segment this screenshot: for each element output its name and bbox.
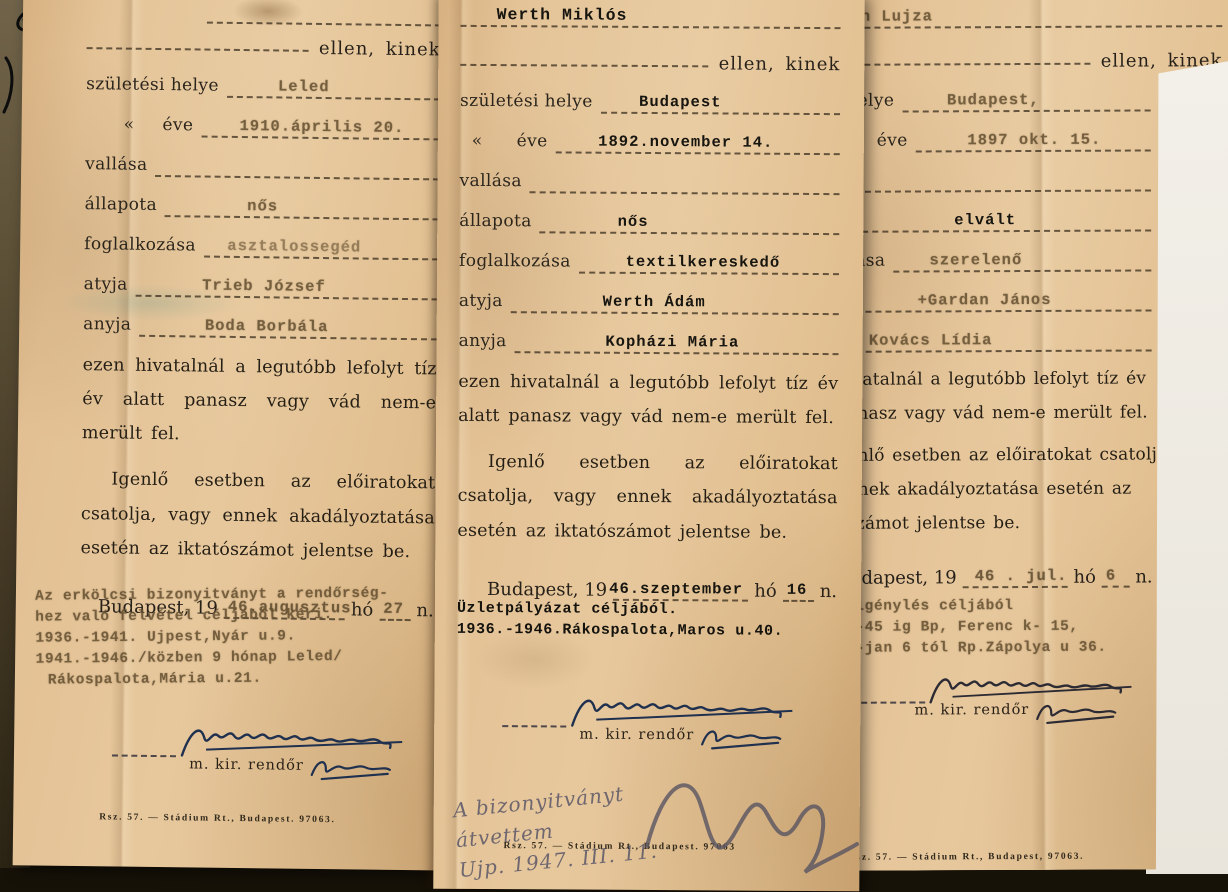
- dotted-line: Werth Miklós: [461, 0, 841, 29]
- printed-paragraph: ezen hivatalnál a legutóbb lefolyt tíz é…: [82, 348, 437, 455]
- field-label: anyja: [83, 314, 131, 337]
- ellen-kinek-row: ellen, kinek: [834, 27, 1222, 73]
- typed-month: 46 . jul.: [975, 567, 1068, 585]
- typed-value: Budapest: [639, 93, 722, 112]
- name-row: Werth Miklós: [461, 0, 841, 29]
- dotted-line: nős: [540, 205, 840, 235]
- printed-paragraph: Igenlő esetben az előiratokat csatolja, …: [80, 462, 435, 569]
- dotted-line: [834, 37, 1090, 66]
- dotted-line: [155, 149, 439, 180]
- field-label: foglalkozása: [84, 234, 196, 257]
- field-label: állapota: [85, 194, 158, 217]
- field-label: éve: [877, 131, 908, 153]
- printed-paragraph: Igenlő esetben az előiratokat csatolja, …: [457, 445, 838, 550]
- field-row-religion: vallása: [85, 136, 439, 180]
- field-label: foglalkozása: [459, 251, 571, 274]
- name-row: dán Lujza: [834, 0, 1222, 29]
- typed-value: + Kovács Lídia: [848, 331, 992, 350]
- field-row-birthyear: « éve 1910.április 20.: [86, 96, 440, 140]
- field-row-mother: anyja Boda Borbála: [83, 296, 437, 340]
- dotted-line: szerelenő: [893, 243, 1151, 272]
- typed-value: Trieb József: [202, 277, 326, 297]
- dotted-line: [87, 21, 310, 52]
- field-row-status: állapota nős: [459, 193, 839, 235]
- white-backing-sheet: [1146, 52, 1228, 874]
- typed-day: 6: [1106, 567, 1116, 585]
- printed-ellen-kinek: ellen, kinek: [719, 53, 841, 75]
- typed-value: asztalossegéd: [227, 237, 361, 257]
- dotted-line: nős: [165, 189, 439, 220]
- date-slot: 46 . jul.: [963, 562, 1068, 588]
- typed-value: Leled: [278, 77, 330, 96]
- signature-scrawl: [698, 724, 784, 755]
- date-slot: 6: [1102, 562, 1130, 588]
- dotted-line: [530, 165, 840, 195]
- dotted-line: [460, 38, 708, 68]
- dotted-line: [502, 713, 566, 727]
- printer-footer: Rsz. 57. — Stádium Rt., Budapest, 97063.: [848, 852, 1084, 863]
- field-row-father: atyja Werth Ádám: [459, 273, 839, 315]
- printed-officer-title: m. kir. rendőr: [579, 727, 694, 744]
- dotted-line: Boda Borbála: [139, 309, 437, 341]
- printed-paragraphs: hivatalnál a legutóbb lefolyt tíz év pan…: [836, 361, 1153, 540]
- dotted-line: + Kovács Lídia: [836, 323, 1152, 352]
- typed-day: 16: [787, 580, 808, 598]
- pencil-signature: [630, 758, 870, 888]
- printed-officer-title: m. kir. rendőr: [189, 756, 304, 773]
- field-row-father: atyja Trieb József: [84, 256, 438, 300]
- ellen-kinek-row: ellen, kinek: [460, 27, 840, 75]
- typed-purpose-note: Az erkölcsi bizonyitványt a rendőrség- h…: [35, 583, 434, 692]
- dotted-line: Budapest: [601, 86, 840, 115]
- dotted-line: Werth Ádám: [511, 285, 839, 315]
- typed-value: 1892.november 14.: [598, 133, 773, 152]
- dotted-line: textilkereskedő: [579, 246, 839, 276]
- typed-value: nős: [247, 197, 278, 215]
- printed-paragraph: ezen hivatalnál a legutóbb lefolyt tíz é…: [458, 365, 838, 436]
- dotted-line: [835, 163, 1151, 192]
- signature-scrawl: [308, 755, 394, 786]
- pencil-handwriting: A bizonyitványt átvettem Ujp. 1947. III.…: [452, 776, 659, 885]
- field-label: születési helye: [86, 74, 219, 98]
- ditto-mark: «: [472, 131, 483, 153]
- field-row-mother: + Kovács Lídia: [835, 311, 1151, 352]
- typed-value: 1897 okt. 15.: [967, 131, 1101, 150]
- printed-n: n.: [1135, 566, 1152, 587]
- printed-ho: hó: [754, 580, 777, 601]
- field-row-religion: [835, 151, 1151, 192]
- typed-value: Budapest,: [947, 91, 1040, 109]
- field-row-status: a elvált: [835, 191, 1151, 232]
- field-row-birthplace: születési helye Leled: [86, 56, 440, 100]
- dotted-line: elvált: [862, 203, 1152, 232]
- field-label: éve: [517, 131, 548, 153]
- date-line: Budapest, 19 46 . jul. hó 6 n.: [837, 561, 1153, 588]
- field-row-status: állapota nős: [85, 176, 439, 220]
- field-label: anyja: [459, 331, 507, 353]
- officer-title-row: m. kir. rendőr: [579, 726, 796, 745]
- typed-purpose-note: Üzletpályázat céljából. 1936.-1946.Rákos…: [457, 597, 837, 643]
- dotted-line: 1897 okt. 15.: [916, 123, 1151, 152]
- printer-footer: Rsz. 57. — Stádium Rt., Budapest. 97063.: [99, 812, 335, 825]
- typed-value: szerelenő: [930, 251, 1023, 269]
- typed-name: Werth Miklós: [497, 5, 628, 25]
- printed-ho: hó: [1073, 567, 1096, 588]
- dotted-line: 1910.április 20.: [201, 110, 440, 141]
- field-row-birthyear: éve 1897 okt. 15.: [835, 111, 1151, 152]
- typed-value: Boda Borbála: [205, 317, 329, 337]
- field-label: vallása: [460, 171, 523, 193]
- field-row-birthplace: i helye Budapest,: [834, 71, 1150, 112]
- dotted-line: [112, 742, 176, 757]
- typed-month: 46.szeptember: [609, 579, 743, 598]
- field-label: éve: [162, 115, 193, 137]
- document-left: ellen, kinek születési helye Leled « éve…: [13, 0, 466, 871]
- field-row-occupation: foglalkozása asztalossegéd: [84, 216, 438, 260]
- officer-title-row: m. kir. rendőr: [914, 701, 1135, 720]
- field-row-occupation: ozása szerelenő: [835, 231, 1151, 272]
- signature-block: m. kir. rendőr: [456, 685, 836, 745]
- field-row-occupation: foglalkozása textilkereskedő: [459, 233, 839, 275]
- dotted-line: Kopházi Mária: [515, 325, 839, 355]
- photographed-documents: { "documents": { "left": { "ellen_kinek"…: [0, 0, 1228, 892]
- dotted-line: +Gardan János: [835, 283, 1151, 312]
- typed-value: 1910.április 20.: [239, 117, 404, 137]
- ellen-kinek-row: ellen, kinek: [87, 22, 441, 60]
- ditto-mark: «: [124, 115, 135, 137]
- field-row-birthyear: « éve 1892.november 14.: [460, 113, 840, 155]
- dotted-line: asztalossegéd: [204, 230, 439, 261]
- typed-value: +Gardan János: [918, 291, 1052, 310]
- date-slot: 46.szeptember: [613, 574, 748, 601]
- field-label: állapota: [459, 211, 532, 233]
- dotted-line: Budapest,: [902, 83, 1150, 112]
- typed-value: nős: [618, 213, 649, 231]
- printed-n: n.: [820, 581, 837, 602]
- field-label: vallása: [85, 154, 148, 177]
- date-slot: 16: [783, 575, 814, 601]
- printed-ellen-kinek: ellen, kinek: [319, 38, 441, 60]
- signature-block: m. kir. rendőr: [837, 665, 1153, 720]
- typed-value: Werth Ádám: [603, 293, 706, 312]
- signature-block: m. kir. rendőr: [78, 714, 433, 776]
- field-row-religion: vallása: [460, 153, 840, 195]
- dotted-line: dán Lujza: [834, 0, 1222, 29]
- typed-purpose-note: ásigénylés céljából 6.-45 ig Bp, Ferenc …: [837, 595, 1153, 659]
- field-row-mother: anyja Kopházi Mária: [459, 313, 839, 355]
- dotted-line: Trieb József: [136, 269, 438, 301]
- officer-title-row: m. kir. rendőr: [189, 755, 406, 776]
- printed-officer-title: m. kir. rendőr: [914, 702, 1029, 719]
- field-row-birthplace: születési helye Budapest: [460, 73, 840, 115]
- typed-value: Kopházi Mária: [605, 333, 739, 352]
- field-label: születési helye: [460, 91, 593, 114]
- signature-scrawl: [1033, 699, 1119, 729]
- field-label: atyja: [84, 274, 128, 297]
- dotted-line: Leled: [227, 70, 441, 101]
- typed-value: elvált: [954, 211, 1016, 229]
- dotted-line: 1892.november 14.: [555, 125, 839, 155]
- field-row-father: +Gardan János: [835, 271, 1151, 312]
- field-label: atyja: [459, 291, 503, 313]
- typed-value: textilkereskedő: [626, 253, 781, 272]
